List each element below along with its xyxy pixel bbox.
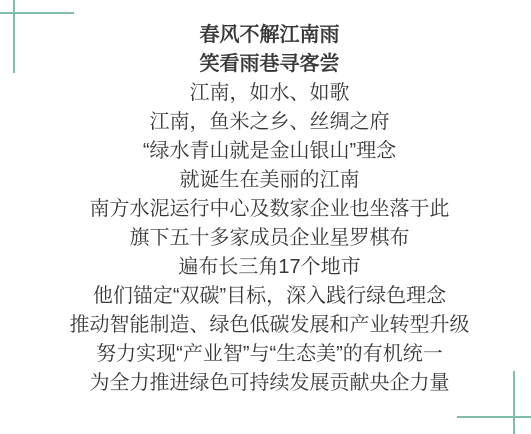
- poem-line: 推动智能制造、绿色低碳发展和产业转型升级: [8, 311, 531, 340]
- poem-line: 他们锚定“双碳”目标，深入践行绿色理念: [8, 282, 531, 311]
- poem-line: 春风不解江南雨: [8, 21, 531, 50]
- poem-line: 就诞生在美丽的江南: [8, 166, 531, 195]
- poem-line: 江南，如水、如歌: [8, 79, 531, 108]
- poem-line: 遍布长三角17个地市: [8, 253, 531, 282]
- poem-line: “绿水青山就是金山银山”理念: [8, 137, 531, 166]
- poem-line: 旗下五十多家成员企业星罗棋布: [8, 224, 531, 253]
- slide-canvas: 春风不解江南雨 笑看雨巷寻客尝 江南，如水、如歌 江南，鱼米之乡、丝绸之府 “绿…: [0, 0, 531, 434]
- poem-line: 努力实现“产业智”与“生态美”的有机统一: [8, 340, 531, 369]
- crop-mark-bottom-right-horizontal: [457, 416, 531, 418]
- poem-line: 江南，鱼米之乡、丝绸之府: [8, 108, 531, 137]
- poem-line: 为全力推进绿色可持续发展贡献央企力量: [8, 369, 531, 398]
- poem-line: 笑看雨巷寻客尝: [8, 50, 531, 79]
- poem-text-block: 春风不解江南雨 笑看雨巷寻客尝 江南，如水、如歌 江南，鱼米之乡、丝绸之府 “绿…: [0, 21, 531, 398]
- crop-mark-top-left-horizontal: [0, 12, 74, 14]
- poem-line: 南方水泥运行中心及数家企业也坐落于此: [8, 195, 531, 224]
